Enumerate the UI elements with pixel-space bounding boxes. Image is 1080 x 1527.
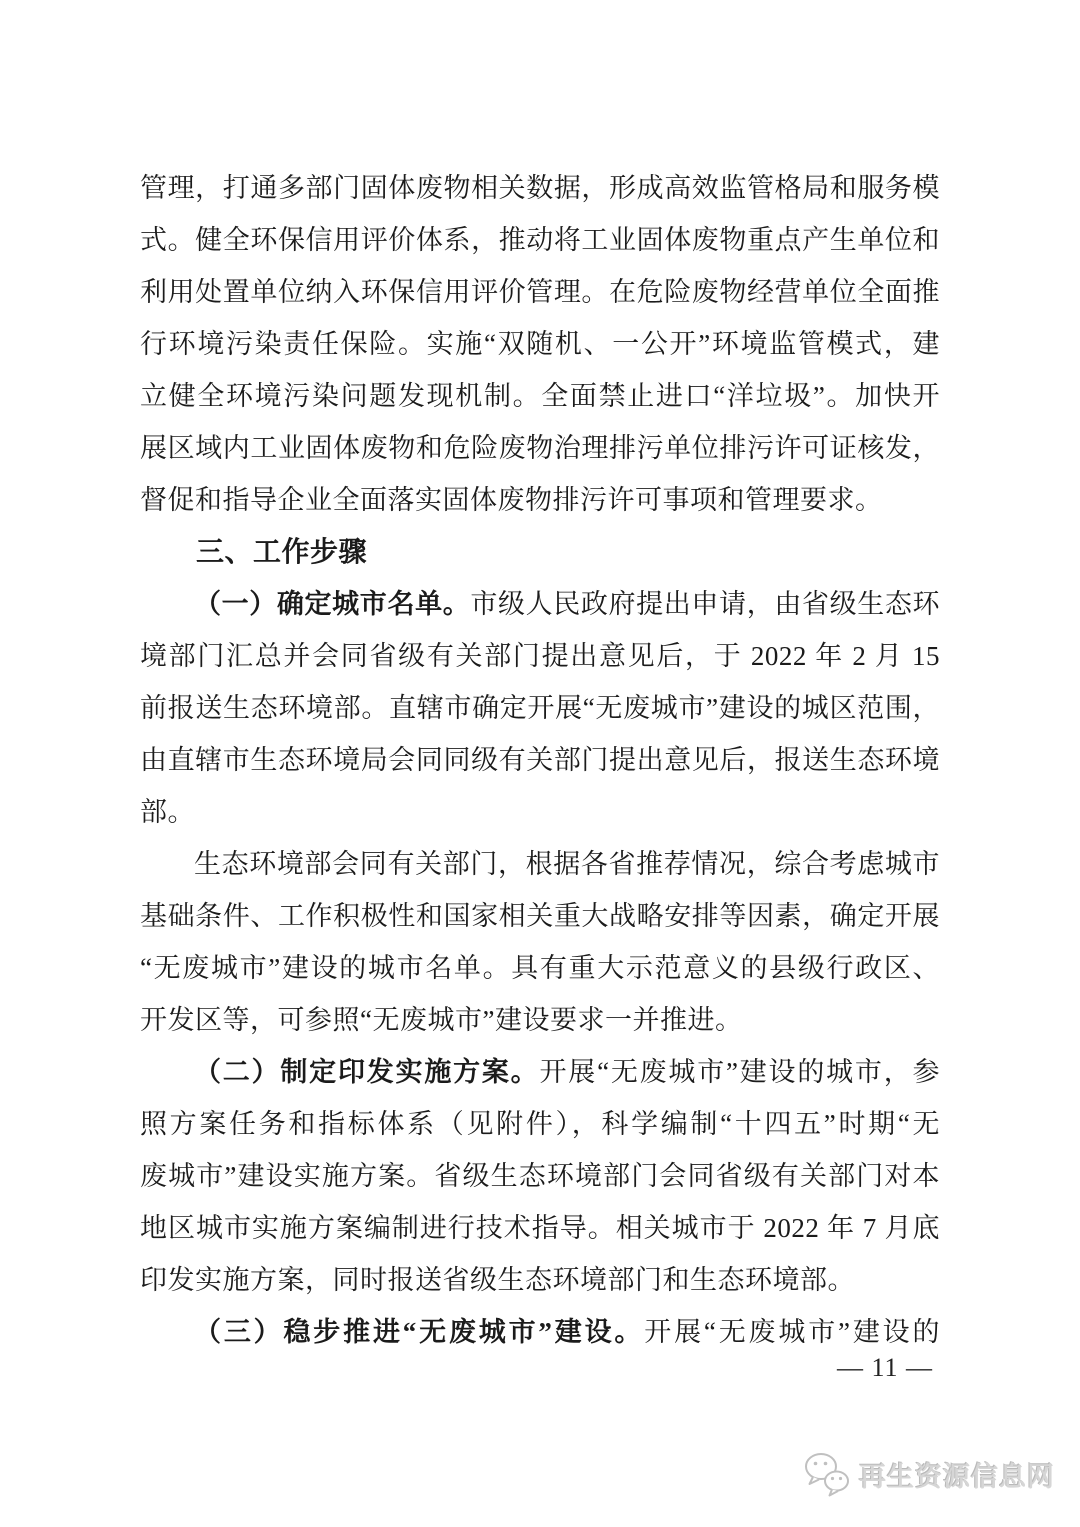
document-page: 管理，打通多部门固体废物相关数据，形成高效监管格局和服务模式。健全环保信用评价体… xyxy=(0,0,1080,1527)
document-line: 基础条件、工作积极性和国家相关重大战略安排等因素，确定开展 xyxy=(140,890,940,942)
wechat-bubbles-icon xyxy=(802,1450,852,1498)
document-line: 立健全环境污染问题发现机制。全面禁止进口“洋垃圾”。加快开 xyxy=(140,370,940,422)
document-line: 由直辖市生态环境局会同同级有关部门提出意见后，报送生态环境 xyxy=(140,734,940,786)
page-number: — 11 — xyxy=(837,1348,933,1388)
document-line: 废城市”建设实施方案。省级生态环境部门会同省级有关部门对本 xyxy=(140,1150,940,1202)
section-heading: 三、工作步骤 xyxy=(140,526,940,578)
document-line: 地区城市实施方案编制进行技术指导。相关城市于 2022 年 7 月底前 xyxy=(140,1202,940,1254)
bold-lead-text: （三）稳步推进“无废城市”建设。 xyxy=(194,1317,644,1347)
document-line: 部。 xyxy=(140,786,940,838)
document-line: 利用处置单位纳入环保信用评价管理。在危险废物经营单位全面推 xyxy=(140,266,940,318)
document-line: 式。健全环保信用评价体系，推动将工业固体废物重点产生单位和 xyxy=(140,214,940,266)
bold-lead-text: （一）确定城市名单。 xyxy=(194,589,470,619)
document-line: 境部门汇总并会同省级有关部门提出意见后，于 2022 年 2 月 15 日 xyxy=(140,630,940,682)
document-line: 管理，打通多部门固体废物相关数据，形成高效监管格局和服务模 xyxy=(140,162,940,214)
bold-lead-text: 三、工作步骤 xyxy=(196,536,367,567)
document-line: 开发区等，可参照“无废城市”建设要求一并推进。 xyxy=(140,994,940,1046)
document-line: 行环境污染责任保险。实施“双随机、一公开”环境监管模式，建 xyxy=(140,318,940,370)
document-line: （二）制定印发实施方案。开展“无废城市”建设的城市，参 xyxy=(140,1046,940,1098)
document-line: （三）稳步推进“无废城市”建设。开展“无废城市”建设的 xyxy=(140,1306,940,1358)
document-line: 印发实施方案，同时报送省级生态环境部门和生态环境部。 xyxy=(140,1254,940,1306)
document-line: 前报送生态环境部。直辖市确定开展“无废城市”建设的城区范围， xyxy=(140,682,940,734)
watermark-text: 再生资源信息网 xyxy=(859,1455,1055,1494)
site-watermark: 再生资源信息网 xyxy=(802,1450,1055,1498)
document-line: （一）确定城市名单。市级人民政府提出申请，由省级生态环 xyxy=(140,578,940,630)
document-line: 督促和指导企业全面落实固体废物排污许可事项和管理要求。 xyxy=(140,474,940,526)
document-line: 生态环境部会同有关部门，根据各省推荐情况，综合考虑城市 xyxy=(140,838,940,890)
document-line: 照方案任务和指标体系（见附件），科学编制“十四五”时期“无 xyxy=(140,1098,940,1150)
bold-lead-text: （二）制定印发实施方案。 xyxy=(194,1057,539,1087)
document-line: “无废城市”建设的城市名单。具有重大示范意义的县级行政区、 xyxy=(140,942,940,994)
document-line: 展区域内工业固体废物和危险废物治理排污单位排污许可证核发， xyxy=(140,422,940,474)
text-block: 管理，打通多部门固体废物相关数据，形成高效监管格局和服务模式。健全环保信用评价体… xyxy=(140,162,940,1358)
